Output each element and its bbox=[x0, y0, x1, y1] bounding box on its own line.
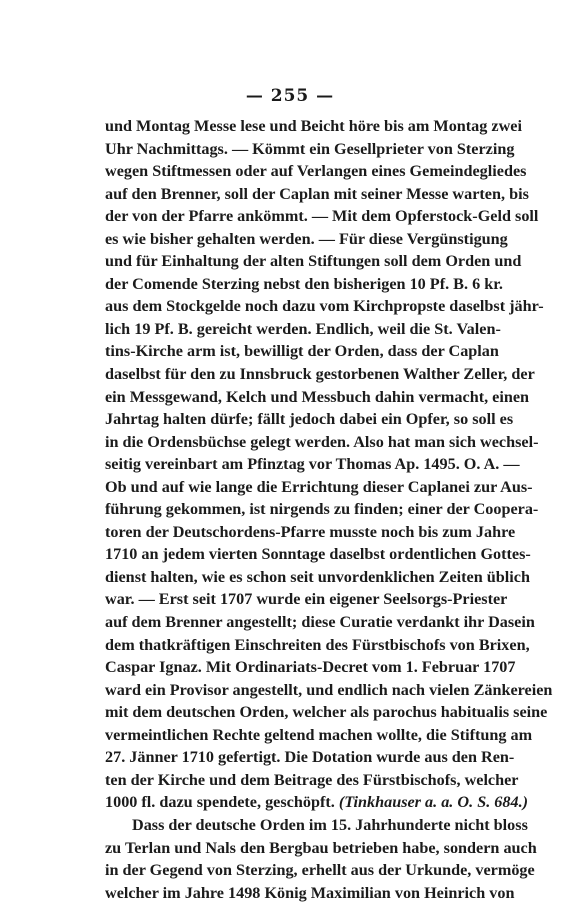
text-line: und Montag Messe lese und Beicht höre bi… bbox=[105, 115, 481, 138]
text-line: daselbst für den zu Innsbruck gestorbene… bbox=[105, 363, 481, 386]
text-line: toren der Deutschordens-Pfarre musste no… bbox=[105, 521, 481, 544]
text-line: war. — Erst seit 1707 wurde ein eigener … bbox=[105, 588, 481, 611]
text-line: wegen Stiftmessen oder auf Verlangen ein… bbox=[105, 160, 481, 183]
text-line: der von der Pfarre ankömmt. — Mit dem Op… bbox=[105, 205, 481, 228]
text-line: mit dem deutschen Orden, welcher als par… bbox=[105, 701, 481, 724]
text-line: ten der Kirche und dem Beitrage des Fürs… bbox=[105, 769, 481, 792]
text-line: auf dem Brenner angestellt; diese Curati… bbox=[105, 611, 481, 634]
text-line: in der Gegend von Sterzing, erhellt aus … bbox=[105, 859, 481, 882]
text-line: Uhr Nachmittags. — Kömmt ein Gesellpriet… bbox=[105, 138, 481, 161]
text-line: lich 19 Pf. B. gereicht werden. Endlich,… bbox=[105, 318, 481, 341]
text-line: Jahrtag halten dürfe; fällt jedoch dabei… bbox=[105, 408, 481, 431]
text-line: 27. Jänner 1710 gefertigt. Die Dotation … bbox=[105, 746, 481, 769]
citation: (Tinkhauser a. a. O. S. 684.) bbox=[339, 793, 528, 811]
text-line: dem thatkräftigen Einschreiten des Fürst… bbox=[105, 634, 481, 657]
paragraph-1: und Montag Messe lese und Beicht höre bi… bbox=[105, 115, 481, 814]
text-line: auf den Brenner, soll der Caplan mit sei… bbox=[105, 183, 481, 206]
book-page: — 255 — und Montag Messe lese und Beicht… bbox=[0, 0, 580, 905]
text-line: welcher im Jahre 1498 König Maximilian v… bbox=[105, 882, 481, 905]
text-line: zu Terlan und Nals den Bergbau betrieben… bbox=[105, 837, 481, 860]
text-line: ein Messgewand, Kelch und Messbuch dahin… bbox=[105, 386, 481, 409]
text-line-with-citation: 1000 fl. dazu spendete, geschöpft. (Tink… bbox=[105, 791, 481, 814]
text-line: Ob und auf wie lange die Errichtung dies… bbox=[105, 476, 481, 499]
text-line: und für Einhaltung der alten Stiftungen … bbox=[105, 250, 481, 273]
text-line: Caspar Ignaz. Mit Ordinariats-Decret vom… bbox=[105, 656, 481, 679]
text-line: Dass der deutsche Orden im 15. Jahrhunde… bbox=[105, 814, 481, 837]
text-line: aus dem Stockgelde noch dazu vom Kirchpr… bbox=[105, 295, 481, 318]
text-line: in die Ordensbüchse gelegt werden. Also … bbox=[105, 431, 481, 454]
text-line: der Comende Sterzing nebst den bisherige… bbox=[105, 273, 481, 296]
text-line: führung gekommen, ist nirgends zu finden… bbox=[105, 498, 481, 521]
text-line: tins-Kirche arm ist, bewilligt der Orden… bbox=[105, 340, 481, 363]
text-line: es wie bisher gehalten werden. — Für die… bbox=[105, 228, 481, 251]
text-line: seitig vereinbart am Pfinztag vor Thomas… bbox=[105, 453, 481, 476]
text-line: ward ein Provisor angestellt, und endlic… bbox=[105, 679, 481, 702]
text-line: dienst halten, wie es schon seit unvorde… bbox=[105, 566, 481, 589]
text-fragment: 1000 fl. dazu spendete, geschöpft. bbox=[105, 793, 335, 811]
text-line: vermeintlichen Rechte geltend machen wol… bbox=[105, 724, 481, 747]
text-line: 1710 an jedem vierten Sonntage daselbst … bbox=[105, 543, 481, 566]
body-text: und Montag Messe lese und Beicht höre bi… bbox=[105, 115, 481, 904]
paragraph-2: Dass der deutsche Orden im 15. Jahrhunde… bbox=[105, 814, 481, 904]
page-number: — 255 — bbox=[0, 86, 580, 106]
